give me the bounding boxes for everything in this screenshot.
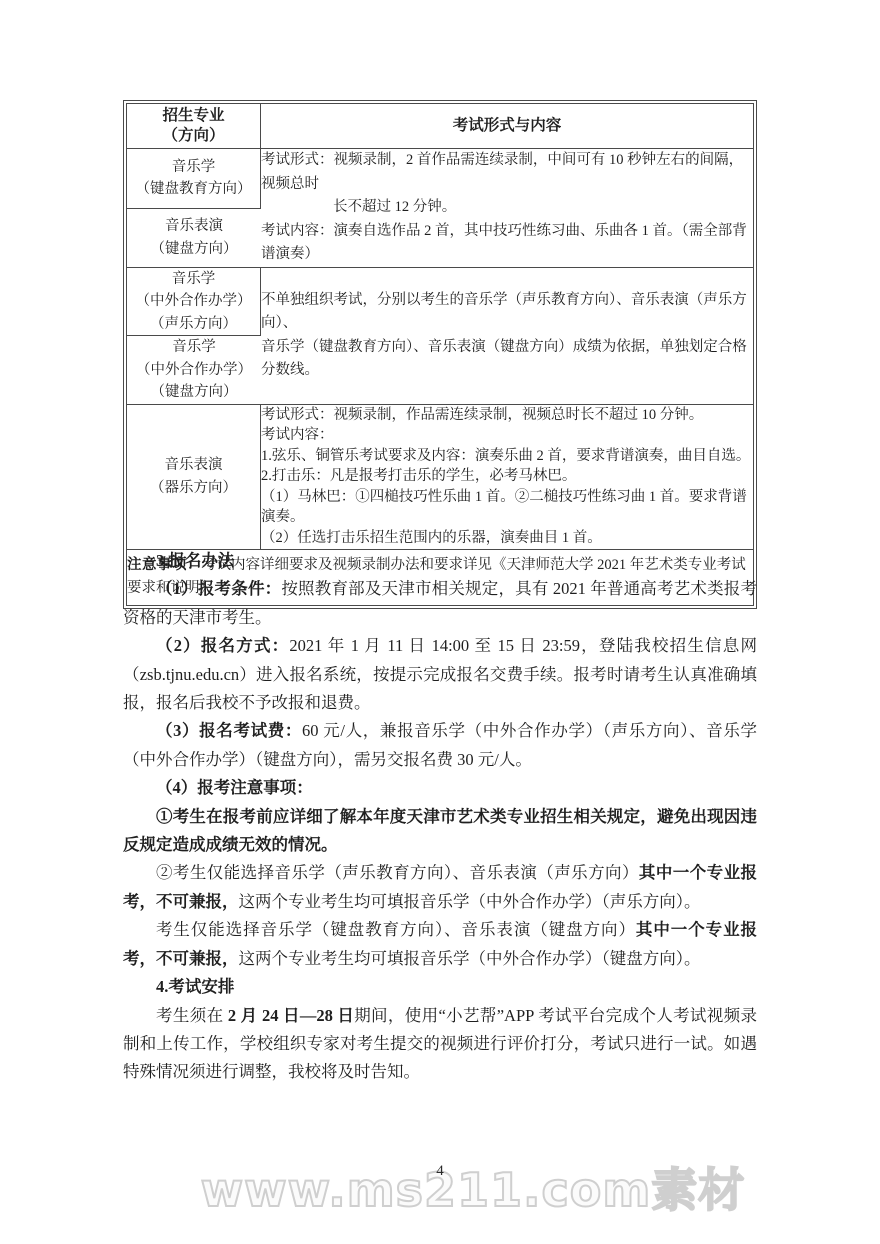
- major-direction: （器乐方向）: [127, 477, 260, 500]
- notice-3-pre: 考生仅能选择音乐学（键盘教育方向）、音乐表演（键盘方向）: [156, 920, 636, 939]
- header-major-line2: （方向）: [127, 126, 260, 146]
- page-number: 4: [0, 1163, 880, 1180]
- condition-label: （1）报考条件：: [156, 579, 281, 598]
- major-name: 音乐学: [127, 156, 260, 179]
- header-major-line1: 招生专业: [127, 106, 260, 126]
- content-cell-keyboard-group: 考试形式：视频录制，2 首作品需连续录制，中间可有 10 秒钟左右的间隔，视频总…: [261, 149, 753, 268]
- exam-format-line: 考试形式：视频录制，作品需连续录制，视频总时长不超过 10 分钟。: [261, 405, 753, 426]
- major-direction: （键盘方向）: [127, 238, 261, 261]
- header-content-column: 考试形式与内容: [261, 104, 753, 149]
- paragraph-exam-schedule: 考生须在 2 月 24 日—28 日期间，使用“小艺帮”APP 考试平台完成个人…: [123, 1002, 757, 1087]
- major-cell-keyboard-education: 音乐学 （键盘教育方向）: [127, 149, 261, 209]
- major-name: 音乐学: [127, 336, 261, 359]
- paragraph-application-conditions: （1）报考条件：按照教育部及天津市相关规定，具有 2021 年普通高考艺术类报考…: [123, 575, 757, 632]
- method-label: （2）报名方式：: [156, 636, 289, 655]
- paragraph-application-method: （2）报名方式：2021 年 1 月 11 日 14:00 至 15 日 23:…: [123, 632, 757, 717]
- paragraph-notice-heading: （4）报考注意事项：: [123, 774, 757, 802]
- schedule-dates-bold: 2 月 24 日—28 日: [228, 1006, 354, 1025]
- major-direction: （键盘方向）: [127, 381, 261, 404]
- notice-item-2: ②考生仅能选择音乐学（声乐教育方向）、音乐表演（声乐方向）其中一个专业报考，不可…: [123, 859, 757, 916]
- section-4-heading: 4.考试安排: [123, 973, 757, 1001]
- notice-item-1: ①考生在报考前应详细了解本年度天津市艺术类专业招生相关规定，避免出现因违反规定造…: [123, 803, 757, 860]
- paragraph-exam-fee: （3）报名考试费：60 元/人，兼报音乐学（中外合作办学）（声乐方向）、音乐学（…: [123, 717, 757, 774]
- notice-2-post: 这两个专业考生均可填报音乐学（中外合作办学）（声乐方向）。: [239, 892, 701, 911]
- notice-3-post: 这两个专业考生均可填报音乐学（中外合作办学）（键盘方向）。: [239, 949, 701, 968]
- major-program: （中外合作办学）: [127, 290, 260, 313]
- major-name: 音乐表演: [127, 215, 261, 238]
- major-direction: （声乐方向）: [127, 313, 260, 336]
- table-header-row: 招生专业 （方向） 考试形式与内容: [127, 104, 753, 149]
- fee-label: （3）报名考试费：: [156, 721, 302, 740]
- major-program: （中外合作办学）: [127, 359, 261, 382]
- content-cell-instrumental: 考试形式：视频录制，作品需连续录制，视频总时长不超过 10 分钟。 考试内容： …: [261, 405, 753, 550]
- exam-requirements-table: 招生专业 （方向） 考试形式与内容 音乐学 （键盘教育方向） 考试形式：视频录制…: [123, 100, 757, 609]
- content-cell-joint-group: 不单独组织考试，分别以考生的音乐学（声乐教育方向）、音乐表演（声乐方向）、 音乐…: [261, 268, 753, 405]
- strings-brass-line: 1.弦乐、铜管乐考试要求及内容：演奏乐曲 2 首，要求背谱演奏，曲目自选。: [261, 446, 753, 467]
- major-cell-joint-keyboard: 音乐学 （中外合作办学） （键盘方向）: [127, 336, 261, 405]
- body-text-section: 3.报名办法 （1）报考条件：按照教育部及天津市相关规定，具有 2021 年普通…: [123, 547, 757, 1087]
- major-cell-keyboard-performance: 音乐表演 （键盘方向）: [127, 209, 261, 268]
- no-exam-line2: 音乐学（键盘教育方向）、音乐表演（键盘方向）成绩为依据，单独划定合格分数线。: [261, 336, 753, 383]
- schedule-pre: 考生须在: [156, 1006, 228, 1025]
- table-row-joint-vocal: 音乐学 （中外合作办学） （声乐方向） 不单独组织考试，分别以考生的音乐学（声乐…: [127, 268, 753, 337]
- major-cell-joint-vocal: 音乐学 （中外合作办学） （声乐方向）: [127, 268, 261, 337]
- exam-content-label: 考试内容：: [261, 425, 753, 446]
- exam-format-line-continued: 长不超过 12 分钟。: [333, 196, 753, 220]
- notice-item-3: 考生仅能选择音乐学（键盘教育方向）、音乐表演（键盘方向）其中一个专业报考，不可兼…: [123, 916, 757, 973]
- table-row-keyboard-education: 音乐学 （键盘教育方向） 考试形式：视频录制，2 首作品需连续录制，中间可有 1…: [127, 149, 753, 209]
- percussion-choice-line: （2）任选打击乐招生范围内的乐器，演奏曲目 1 首。: [261, 528, 753, 549]
- exam-format-line: 考试形式：视频录制，2 首作品需连续录制，中间可有 10 秒钟左右的间隔，视频总…: [261, 149, 753, 196]
- marimba-line: （1）马林巴：①四槌技巧性乐曲 1 首。②二槌技巧性练习曲 1 首。要求背谱演奏…: [261, 487, 753, 528]
- notice-2-pre: ②考生仅能选择音乐学（声乐教育方向）、音乐表演（声乐方向）: [156, 863, 639, 882]
- table-row-instrumental: 音乐表演 （器乐方向） 考试形式：视频录制，作品需连续录制，视频总时长不超过 1…: [127, 405, 753, 550]
- header-major-column: 招生专业 （方向）: [127, 104, 261, 149]
- section-3-heading: 3.报名办法: [123, 547, 757, 575]
- major-name: 音乐学: [127, 268, 260, 291]
- no-exam-line1: 不单独组织考试，分别以考生的音乐学（声乐教育方向）、音乐表演（声乐方向）、: [261, 289, 753, 336]
- exam-content-line: 考试内容：演奏自选作品 2 首，其中技巧性练习曲、乐曲各 1 首。（需全部背谱演…: [261, 220, 753, 267]
- major-name: 音乐表演: [127, 454, 260, 477]
- major-cell-instrumental: 音乐表演 （器乐方向）: [127, 405, 261, 550]
- percussion-line: 2.打击乐：凡是报考打击乐的学生，必考马林巴。: [261, 466, 753, 487]
- major-direction: （键盘教育方向）: [127, 178, 260, 201]
